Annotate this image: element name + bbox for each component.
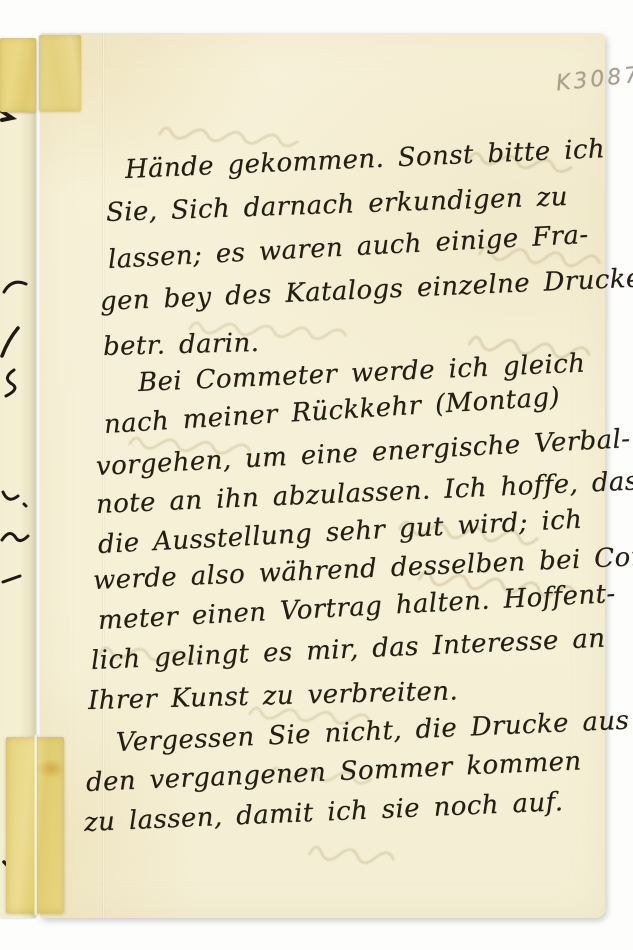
handwritten-line: lassen; es waren auch einige Fra-	[107, 220, 589, 275]
letter-page: K3087 Hände gekommen. Sonst bitte ich Si…	[40, 33, 605, 918]
tape-patch-top-left	[0, 38, 36, 112]
handwritten-line: Ihrer Kunst zu verbreiten.	[88, 676, 459, 716]
handwritten-line: Hände gekommen. Sonst bitte ich	[124, 134, 605, 185]
handwritten-line: betr. darin.	[103, 328, 260, 362]
handwritten-line: Sie, Sich darnach erkundigen zu	[105, 182, 568, 228]
tape-seam-crack	[34, 735, 38, 915]
tape-patch-top-page	[39, 35, 81, 111]
handwritten-line: gen bey des Katalogs einzelne Drucke	[99, 263, 633, 317]
letter-scan: K3087 Hände gekommen. Sonst bitte ich Si…	[0, 0, 633, 950]
catalog-number: K3087	[555, 63, 633, 97]
